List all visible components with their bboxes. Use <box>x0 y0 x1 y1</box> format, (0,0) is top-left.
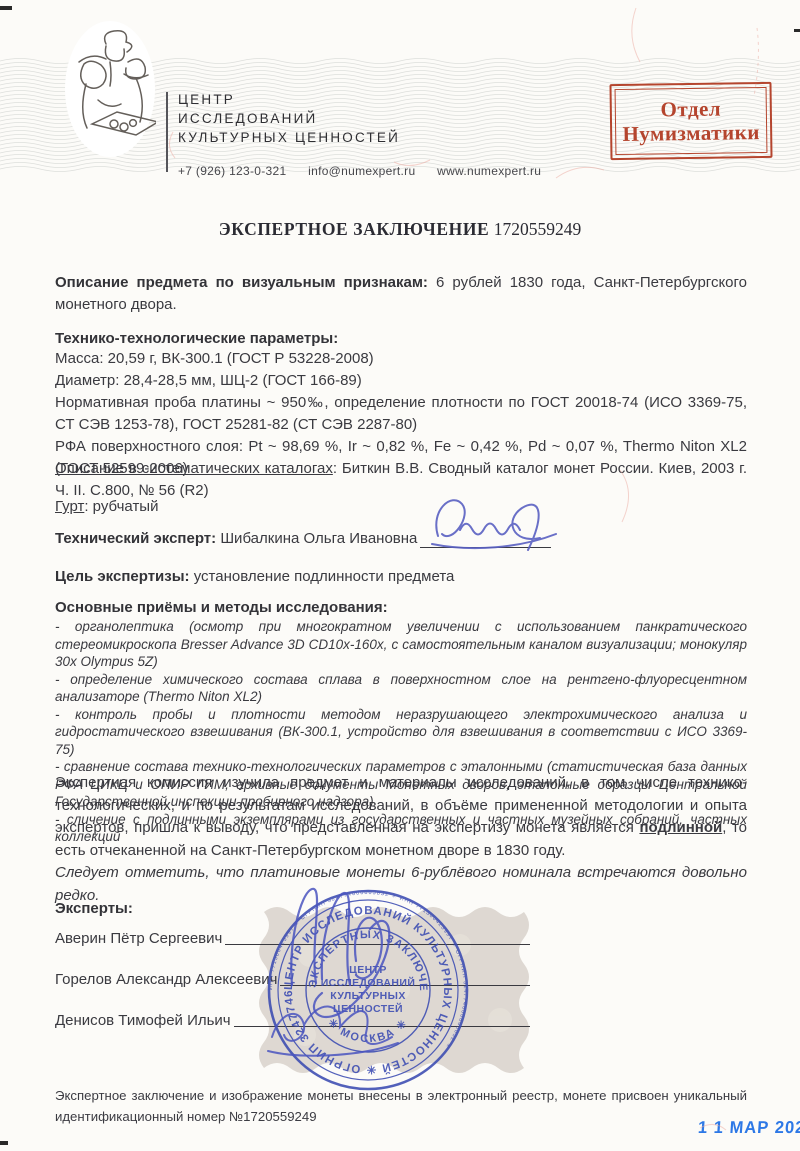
method-item: - определение химического состава сплава… <box>55 671 747 706</box>
org-name-line: ИССЛЕДОВАНИЙ <box>178 109 400 128</box>
website-url: www.numexpert.ru <box>437 164 541 178</box>
title-number: 1720559249 <box>494 219 582 239</box>
email-address: info@numexpert.ru <box>308 164 415 178</box>
method-item: - контроль пробы и плотности методом нер… <box>55 706 747 759</box>
header-divider <box>166 92 168 172</box>
expert-name: Аверин Пётр Сергеевич <box>55 930 222 947</box>
method-item: - органолептика (осмотр при многократном… <box>55 618 747 671</box>
title-label: ЭКСПЕРТНОЕ ЗАКЛЮЧЕНИЕ <box>219 219 490 239</box>
expert-name: Горелов Александр Алексеевич <box>55 971 277 988</box>
expert-report-scan: ЦЕНТР ИССЛЕДОВАНИЙ КУЛЬТУРНЫХ ЦЕННОСТЕЙ … <box>0 0 800 1151</box>
contacts-row: +7 (926) 123-0-321 info@numexpert.ru www… <box>178 164 559 178</box>
logo-illustration <box>64 20 156 158</box>
org-name-line: ЦЕНТР <box>178 90 400 109</box>
param-mass: Масса: 20,59 г, ВК-300.1 (ГОСТ Р 53228-2… <box>55 348 747 370</box>
org-name-line: КУЛЬТУРНЫХ ЦЕННОСТЕЙ <box>178 128 400 147</box>
department-stamp-text: Отдел Нумизматики <box>615 87 768 155</box>
purpose-row: Цель экспертизы: установление подлинност… <box>55 566 747 588</box>
methods-heading: Основные приёмы и методы исследования: <box>55 597 747 619</box>
param-diameter: Диаметр: 28,4-28,5 мм, ШЦ-2 (ГОСТ 166-89… <box>55 370 747 392</box>
phone-number: +7 (926) 123-0-321 <box>178 164 286 178</box>
expert-signatures <box>260 865 440 1065</box>
description-paragraph: Описание предмета по визуальным признака… <box>55 272 747 316</box>
department-stamp: Отдел Нумизматики <box>609 82 772 160</box>
param-fineness: Нормативная проба платины ~ 950‰, опреде… <box>55 392 747 436</box>
tech-params-heading: Технико-технологические параметры: <box>55 328 747 350</box>
tech-expert-signature <box>424 488 564 558</box>
edge-type: Гурт: рубчатый <box>55 496 747 518</box>
org-name: ЦЕНТР ИССЛЕДОВАНИЙ КУЛЬТУРНЫХ ЦЕННОСТЕЙ <box>178 90 400 147</box>
expert-name: Денисов Тимофей Ильич <box>55 1012 231 1029</box>
logo <box>64 20 156 163</box>
date-stamp: 1 1 МАР 2026 <box>697 1119 800 1139</box>
document-title: ЭКСПЕРТНОЕ ЗАКЛЮЧЕНИЕ 1720559249 <box>0 219 800 240</box>
authentic-highlight: подлинной <box>639 819 722 836</box>
